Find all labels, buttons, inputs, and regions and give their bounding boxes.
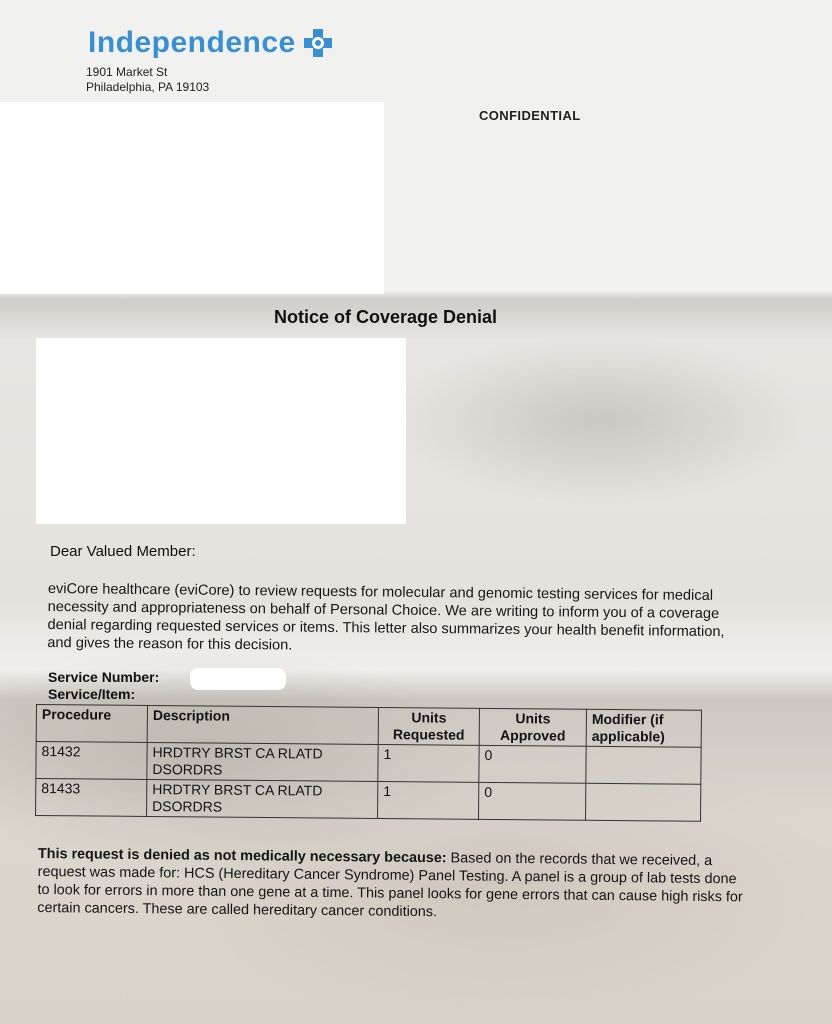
denial-reason-lead: This request is denied as not medically … [38,846,447,866]
blue-cross-icon [304,29,332,57]
redacted-recipient-address [0,102,384,294]
header-units-approved: Units Approved [479,708,586,746]
page-title: Notice of Coverage Denial [274,307,497,328]
address-line-2: Philadelphia, PA 19103 [86,80,209,95]
table-row: 81432 HRDTRY BRST CA RLATD DSORDRS 1 0 [36,742,701,785]
header-procedure: Procedure [36,705,147,743]
service-number-label: Service Number: [48,669,159,686]
header-description: Description [147,705,378,744]
brand-logo: Independence [88,26,332,60]
greeting: Dear Valued Member: [50,543,196,560]
table-header-row: Procedure Description Units Requested Un… [36,705,701,748]
table-row: 81433 HRDTRY BRST CA RLATD DSORDRS 1 0 [36,779,701,822]
cell-units-approved: 0 [479,782,586,820]
cell-description: HRDTRY BRST CA RLATD DSORDRS [147,779,378,818]
denial-reason: This request is denied as not medically … [37,845,750,924]
brand-name: Independence [88,26,296,60]
cell-procedure: 81433 [36,779,147,817]
header-modifier: Modifier (if applicable) [586,709,701,747]
cell-units-requested: 1 [378,744,479,782]
cell-procedure: 81432 [36,742,147,780]
service-items-table: Procedure Description Units Requested Un… [35,704,702,822]
service-info: Service Number: Service/Item: [48,669,159,703]
cell-modifier [586,783,701,821]
header-units-requested: Units Requested [378,707,479,745]
cell-units-approved: 0 [479,745,586,783]
sender-address: 1901 Market St Philadelphia, PA 19103 [86,65,209,95]
service-item-label: Service/Item: [48,686,159,703]
redacted-member-info [36,338,406,524]
address-line-1: 1901 Market St [86,65,209,80]
cell-description: HRDTRY BRST CA RLATD DSORDRS [147,742,378,781]
redacted-service-number [190,668,286,690]
intro-paragraph: eviCore healthcare (eviCore) to review r… [47,580,748,659]
confidential-label: CONFIDENTIAL [479,108,581,123]
cell-modifier [586,746,701,784]
cell-units-requested: 1 [378,781,479,819]
